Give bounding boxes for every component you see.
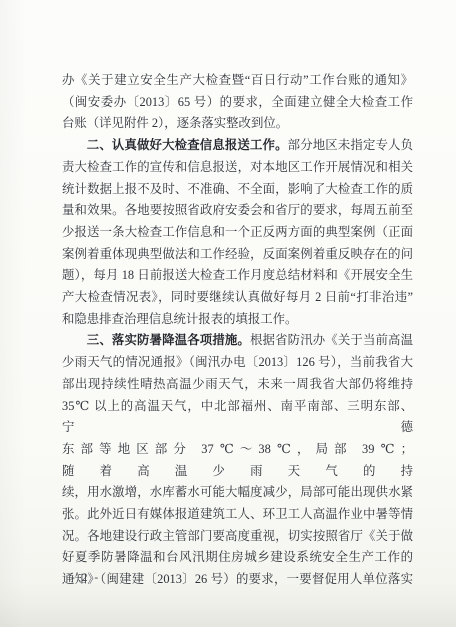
section-heading-2: 二、认真做好大检查信息报送工作。 xyxy=(87,138,288,152)
body-line-text: （闽安委办〔2013〕65 号）的要求，全面建立健全大检查工作 xyxy=(62,95,413,109)
body-line: 题），每月 18 日前报送大检查工作月度总结材料和《开展安全生 xyxy=(62,265,413,287)
body-line: 部出现持续性晴热高温少雨天气，未来一周我省大部仍将维持 xyxy=(62,374,413,396)
body-line: 张。此外近日有媒体报道建筑工人、环卫工人高温作业中暑等情 xyxy=(62,504,413,526)
body-line-text: 部分地区未指定专人负 xyxy=(288,138,413,152)
body-line-text: 续，用水激增，水库蓄水可能大幅度减少，局部可能出现供水紧 xyxy=(62,485,413,499)
body-line-text: 东部等地区部分 37℃～38℃，局部 39℃；随着高温少雨天气的持 xyxy=(62,442,413,478)
body-line: 责大检查工作的宣传和信息报送，对本地区工作开展情况和相关 xyxy=(62,157,413,179)
body-line: 二、认真做好大检查信息报送工作。部分地区未指定专人负 xyxy=(62,135,413,157)
body-line: 案例着重体现典型做法和工作经验，反面案例着重反映存在的问 xyxy=(62,244,413,266)
body-line-text: 责大检查工作的宣传和信息报送，对本地区工作开展情况和相关 xyxy=(62,160,413,174)
section-heading-3: 三、落实防暑降温各项措施。 xyxy=(87,333,250,347)
body-line-text: 少雨天气的情况通报》（闽汛办电〔2013〕126 号），当前我省大 xyxy=(62,355,413,369)
body-line-text: 好夏季防暑降温和台风汛期住房城乡建设系统安全生产工作的 xyxy=(62,550,413,564)
body-text-block: 办《关于建立安全生产大检查暨“百日行动”工作台账的通知》 （闽安委办〔2013〕… xyxy=(62,70,413,591)
body-line: 三、落实防暑降温各项措施。根据省防汛办《关于当前高温 xyxy=(62,330,413,352)
body-line: 35℃ 以上的高温天气，中北部福州、南平南部、三明东部、宁德 xyxy=(62,396,413,439)
scan-shading-left xyxy=(0,0,26,627)
body-line-text: 办《关于建立安全生产大检查暨“百日行动”工作台账的通知》 xyxy=(62,73,413,87)
document-page: 办《关于建立安全生产大检查暨“百日行动”工作台账的通知》 （闽安委办〔2013〕… xyxy=(0,0,456,627)
body-line-text: 张。此外近日有媒体报道建筑工人、环卫工人高温作业中暑等情 xyxy=(62,507,413,521)
body-line: 台账（详见附件 2），逐条落实整改到位。 xyxy=(62,113,413,135)
body-line-text: 通知》（闽建建〔2013〕26 号）的要求，一要督促用人单位落实 xyxy=(62,572,413,586)
body-line-text: 题），每月 18 日前报送大检查工作月度总结材料和《开展安全生 xyxy=(62,268,413,282)
body-line: 和隐患排查治理信息统计报表的填报工作。 xyxy=(62,309,413,331)
body-line: 统计数据上报不及时、不准确、不全面，影响了大检查工作的质 xyxy=(62,179,413,201)
page-number: - 2 - xyxy=(71,572,100,584)
body-line: 少雨天气的情况通报》（闽汛办电〔2013〕126 号），当前我省大 xyxy=(62,352,413,374)
body-line: （闽安委办〔2013〕65 号）的要求，全面建立健全大检查工作 xyxy=(62,92,413,114)
body-line: 好夏季防暑降温和台风汛期住房城乡建设系统安全生产工作的 xyxy=(62,547,413,569)
body-line-text: 产大检查情况表》，同时要继续认真做好每月 2 日前“打非治违” xyxy=(62,290,413,304)
body-line-text: 根据省防汛办《关于当前高温 xyxy=(250,333,413,347)
body-line-text: 35℃ 以上的高温天气，中北部福州、南平南部、三明东部、宁德 xyxy=(62,399,413,435)
body-line-text: 部出现持续性晴热高温少雨天气，未来一周我省大部仍将维持 xyxy=(62,377,413,391)
body-line: 少报送一条大检查工作信息和一个正反两方面的典型案例（正面 xyxy=(62,222,413,244)
body-line: 产大检查情况表》，同时要继续认真做好每月 2 日前“打非治违” xyxy=(62,287,413,309)
body-line-text: 和隐患排查治理信息统计报表的填报工作。 xyxy=(62,312,297,326)
body-line: 续，用水激增，水库蓄水可能大幅度减少，局部可能出现供水紧 xyxy=(62,482,413,504)
body-line: 量和效果。各地要按照省政府安委会和省厅的要求，每周五前至 xyxy=(62,200,413,222)
body-line-text: 少报送一条大检查工作信息和一个正反两方面的典型案例（正面 xyxy=(62,225,413,239)
body-line: 办《关于建立安全生产大检查暨“百日行动”工作台账的通知》 xyxy=(62,70,413,92)
body-line-text: 案例着重体现典型做法和工作经验，反面案例着重反映存在的问 xyxy=(62,247,413,261)
body-line: 况。各地建设行政主管部门要高度重视，切实按照省厅《关于做 xyxy=(62,526,413,548)
body-line: 通知》（闽建建〔2013〕26 号）的要求，一要督促用人单位落实 xyxy=(62,569,413,591)
body-line-text: 况。各地建设行政主管部门要高度重视，切实按照省厅《关于做 xyxy=(62,529,413,543)
body-line-text: 台账（详见附件 2），逐条落实整改到位。 xyxy=(62,116,288,130)
body-line-text: 量和效果。各地要按照省政府安委会和省厅的要求，每周五前至 xyxy=(62,203,413,217)
body-line-text: 统计数据上报不及时、不准确、不全面，影响了大检查工作的质 xyxy=(62,182,413,196)
body-line: 东部等地区部分 37℃～38℃，局部 39℃；随着高温少雨天气的持 xyxy=(62,439,413,482)
